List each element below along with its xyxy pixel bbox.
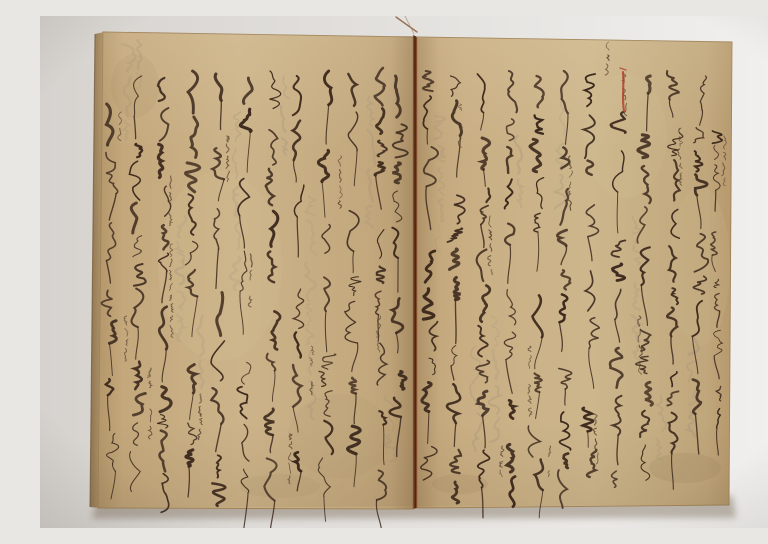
gutter-shade-left bbox=[391, 36, 413, 509]
book bbox=[90, 16, 736, 528]
manuscript-photo: Photograph of an open hand-bound Japanes… bbox=[40, 16, 768, 528]
scene-svg bbox=[40, 16, 768, 528]
